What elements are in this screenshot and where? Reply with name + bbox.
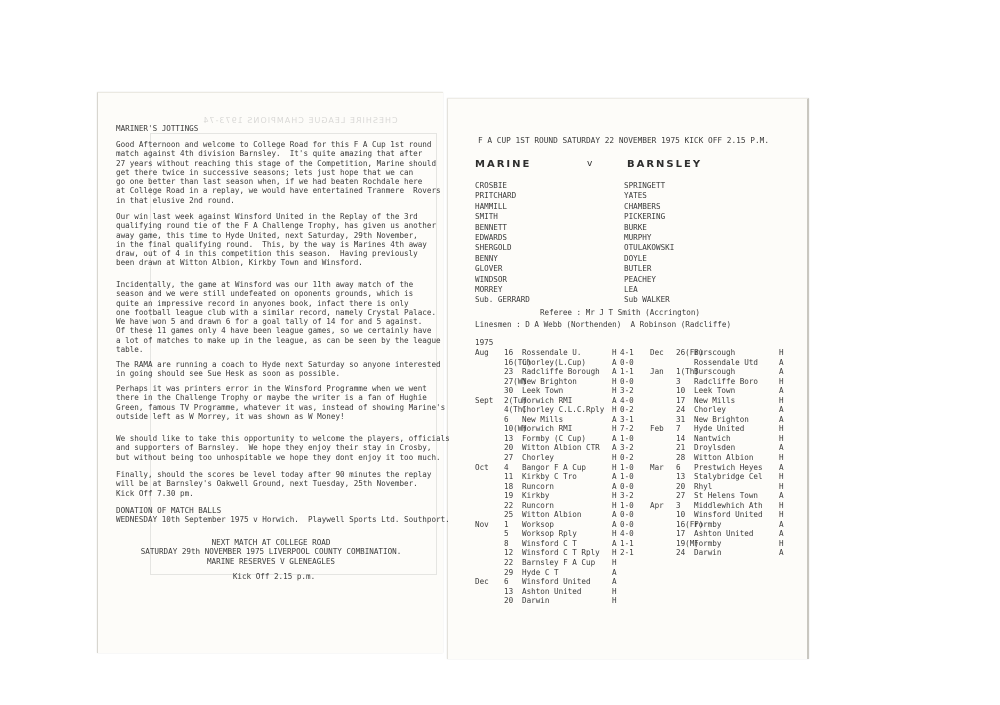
fixture-day: 22	[504, 558, 513, 568]
fixture-opponent: Nantwich	[694, 434, 731, 444]
fixture-opponent: Rossendale U.	[522, 348, 581, 358]
player-name: CROSBIE	[475, 181, 530, 191]
fixture-day: 6	[504, 577, 509, 587]
fixture-opponent: Winsford United	[694, 510, 763, 520]
player-name: GLOVER	[475, 264, 530, 274]
fixture-venue: H	[779, 510, 784, 520]
player-name: Sub. GERRARD	[475, 295, 530, 305]
fixture-month: Feb	[650, 424, 664, 434]
fixture-venue: A	[612, 577, 617, 587]
fixture-opponent: New Mills	[522, 415, 563, 425]
fixture-opponent: New Brighton	[694, 415, 749, 425]
player-name: BENNETT	[475, 223, 530, 233]
fixture-opponent: Formby	[694, 539, 721, 549]
fixture-venue: H	[612, 386, 617, 396]
fixture-venue: H	[779, 482, 784, 492]
player-name: MORREY	[475, 285, 530, 295]
fixture-opponent: Runcorn	[522, 501, 554, 511]
fixture-day: 13	[504, 587, 513, 597]
fixture-venue: A	[612, 443, 617, 453]
fixture-venue: A	[779, 386, 784, 396]
fixture-day: 3	[676, 501, 681, 511]
player-name: DOYLE	[624, 254, 674, 264]
fixture-score: 3-2	[620, 491, 634, 501]
fixture-opponent: Droylsden	[694, 443, 735, 453]
fixture-venue: H	[779, 501, 784, 511]
fixture-opponent: Formby (C Cup)	[522, 434, 586, 444]
fixture-opponent: Leek Town	[694, 386, 735, 396]
fixture-venue: H	[779, 396, 784, 406]
player-name: YATES	[624, 191, 674, 201]
fixture-venue: H	[612, 501, 617, 511]
paragraph-replay: Finally, should the scores be level toda…	[116, 470, 446, 498]
fixture-day: 17	[676, 529, 685, 539]
fixture-opponent: Hyde C T	[522, 568, 559, 578]
fixture-opponent: Barnsley F A Cup	[522, 558, 595, 568]
fixture-day: 20	[504, 596, 513, 606]
fixture-score: 0-0	[620, 482, 634, 492]
fixture-score: 0-0	[620, 510, 634, 520]
fixture-opponent: Winsford C T Rply	[522, 548, 600, 558]
fixture-opponent: Rhyl	[694, 482, 712, 492]
fixture-venue: H	[779, 539, 784, 549]
fixture-day: 20	[676, 482, 685, 492]
fixture-venue: H	[612, 548, 617, 558]
fixture-day: 1	[504, 520, 509, 530]
fixture-venue: A	[779, 405, 784, 415]
fixture-score: 2-1	[620, 548, 634, 558]
home-lineup: CROSBIEPRITCHARDHAMMILLSMITHBENNETTEDWAR…	[475, 181, 530, 306]
player-name: HAMMILL	[475, 202, 530, 212]
fixture-venue: H	[612, 348, 617, 358]
fixture-month: Dec	[475, 577, 489, 587]
fixture-opponent: Stalybridge Cel	[694, 472, 763, 482]
fixture-day: 27	[676, 491, 685, 501]
fixture-opponent: Horwich RMI	[522, 396, 572, 406]
fixture-month: Apr	[650, 501, 664, 511]
fixture-venue: A	[612, 510, 617, 520]
away-team-name: BARNSLEY	[627, 159, 702, 170]
cup-match-heading: F A CUP 1ST ROUND SATURDAY 22 NOVEMBER 1…	[478, 136, 769, 145]
fixture-score: 7-2	[620, 424, 634, 434]
fixture-opponent: Leek Town	[522, 386, 563, 396]
fixture-score: 1-0	[620, 463, 634, 473]
fixture-day: 3	[676, 377, 681, 387]
fixture-venue: H	[612, 558, 617, 568]
fixture-day: 24	[676, 548, 685, 558]
fixture-day: 25	[504, 510, 513, 520]
fixture-opponent: Worksop Rply	[522, 529, 577, 539]
fixture-day: 10	[676, 510, 685, 520]
player-name: Sub WALKER	[624, 295, 674, 305]
fixture-day: 29	[504, 568, 513, 578]
versus-label: v	[587, 159, 592, 169]
paragraph-printers-error: Perhaps it was printers error in the Win…	[116, 384, 446, 421]
fixture-day: 6	[676, 463, 681, 473]
fixture-venue: A	[779, 415, 784, 425]
fixture-score: 1-1	[620, 367, 634, 377]
fixture-venue: H	[779, 424, 784, 434]
fixture-score: 0-0	[620, 520, 634, 530]
player-name: LEA	[624, 285, 674, 295]
player-name: BENNY	[475, 254, 530, 264]
fixture-score: 1-0	[620, 472, 634, 482]
fixture-opponent: Ashton United	[522, 587, 581, 597]
fixture-venue: A	[779, 358, 784, 368]
fixture-day: 21	[676, 443, 685, 453]
fixture-opponent: Bangor F A Cup	[522, 463, 586, 473]
fixture-opponent: Hyde United	[694, 424, 744, 434]
fixture-opponent: New Brighton	[522, 377, 577, 387]
fixture-day: 27	[504, 453, 513, 463]
fixture-day: 12	[504, 548, 513, 558]
fixture-score: 4-0	[620, 529, 634, 539]
fixture-venue: A	[612, 415, 617, 425]
player-name: EDWARDS	[475, 233, 530, 243]
fixture-day: 19	[504, 491, 513, 501]
fixture-venue: A	[612, 396, 617, 406]
fixture-score: 0-0	[620, 377, 634, 387]
fixture-score: 3-1	[620, 415, 634, 425]
fixture-opponent: Kirkby C Tro	[522, 472, 577, 482]
fixture-score: 4-1	[620, 348, 634, 358]
fixture-month: Nov	[475, 520, 489, 530]
fixture-day: 16	[504, 348, 513, 358]
fixture-opponent: Winsford United	[522, 577, 591, 587]
home-team-name: MARINE	[475, 159, 531, 170]
fixture-month: Aug	[475, 348, 489, 358]
fixture-month: Sept	[475, 396, 493, 406]
fixture-venue: H	[612, 491, 617, 501]
fixture-venue: A	[612, 367, 617, 377]
fixture-score: 1-0	[620, 434, 634, 444]
fixture-venue: H	[612, 587, 617, 597]
fixture-venue: H	[612, 377, 617, 387]
fixture-venue: H	[612, 596, 617, 606]
fixture-month: Mar	[650, 463, 664, 473]
fixture-month: Dec	[650, 348, 664, 358]
player-name: SPRINGETT	[624, 181, 674, 191]
player-name: CHAMBERS	[624, 202, 674, 212]
fixture-score: 1-1	[620, 539, 634, 549]
fixture-day: 4	[504, 463, 509, 473]
fixture-day: 22	[504, 501, 513, 511]
paragraph-away-record: Incidentally, the game at Winsford was o…	[116, 280, 446, 354]
fixture-venue: A	[612, 358, 617, 368]
fixture-opponent: Darwin	[522, 596, 549, 606]
linesmen-line: Linesmen : D A Webb (Northenden) A Robin…	[475, 320, 731, 329]
paragraph-welcome-barnsley: We should like to take this opportunity …	[116, 434, 446, 462]
fixture-opponent: Darwin	[694, 548, 721, 558]
player-name: BURKE	[624, 223, 674, 233]
fixture-opponent: Rossendale Utd	[694, 358, 758, 368]
player-name: PRITCHARD	[475, 191, 530, 201]
player-name: PEACHEY	[624, 275, 674, 285]
fixture-day: 5	[504, 529, 509, 539]
paragraph-coach: The RAMA are running a coach to Hyde nex…	[116, 360, 446, 379]
fixture-day: 7	[676, 424, 681, 434]
away-lineup: SPRINGETTYATESCHAMBERSPICKERINGBURKEMURP…	[624, 181, 674, 306]
fixture-venue: H	[612, 529, 617, 539]
fixture-venue: H	[612, 424, 617, 434]
fixture-venue: A	[612, 520, 617, 530]
fixture-opponent: Witton Albion	[694, 453, 753, 463]
fixture-venue: A	[612, 434, 617, 444]
fixture-venue: H	[779, 453, 784, 463]
fixture-venue: H	[612, 463, 617, 473]
fixture-score: 0-2	[620, 405, 634, 415]
fixture-opponent: Ashton United	[694, 529, 753, 539]
player-name: BUTLER	[624, 264, 674, 274]
fixture-day: 13	[676, 472, 685, 482]
player-name: WINDSOR	[475, 275, 530, 285]
fixture-day: 31	[676, 415, 685, 425]
fixture-opponent: Witton Albion	[522, 510, 581, 520]
fixture-venue: A	[612, 472, 617, 482]
fixture-venue: H	[612, 405, 617, 415]
fixture-venue: A	[612, 482, 617, 492]
fixture-day: 20	[504, 443, 513, 453]
fixture-venue: A	[779, 367, 784, 377]
referee-line: Referee : Mr J T Smith (Accrington)	[475, 308, 765, 317]
fixture-day: 23	[504, 367, 513, 377]
fixture-day: 28	[676, 453, 685, 463]
fixture-day: 10	[676, 386, 685, 396]
fixture-score: 0-0	[620, 358, 634, 368]
fixture-venue: A	[612, 539, 617, 549]
paragraph-trophy: Our win last week against Winsford Unite…	[116, 212, 446, 268]
fixture-opponent: Formby	[694, 520, 721, 530]
player-name: OTULAKOWSKI	[624, 243, 674, 253]
player-name: MURPHY	[624, 233, 674, 243]
fixture-month: Jan	[650, 367, 664, 377]
fixture-opponent: Kirkby	[522, 491, 549, 501]
fixture-venue: H	[779, 472, 784, 482]
fixture-opponent: Chorley	[694, 405, 726, 415]
fixture-venue: A	[779, 443, 784, 453]
fixture-opponent: Radcliffe Boro	[694, 377, 758, 387]
fixture-day: 13	[504, 434, 513, 444]
fixture-day: 17	[676, 396, 685, 406]
next-match-kickoff: Kick Off 2.15 p.m.	[116, 572, 432, 581]
fixture-day: 6	[504, 415, 509, 425]
fixture-opponent: Winsford C T	[522, 539, 577, 549]
bleed-through-heading: CHESHIRE LEAGUE CHAMPIONS 1973-74	[170, 116, 430, 125]
fixture-score: 1-0	[620, 501, 634, 511]
fixture-venue: A	[779, 463, 784, 473]
fixture-score: 3-2	[620, 443, 634, 453]
fixture-opponent: Chorley C.L.C.Rply	[522, 405, 604, 415]
fixture-venue: H	[779, 348, 784, 358]
player-name: SHERGOLD	[475, 243, 530, 253]
fixture-day: 24	[676, 405, 685, 415]
fixture-score: 0-2	[620, 453, 634, 463]
fixture-opponent: Chorley	[522, 453, 554, 463]
fixture-day: 18	[504, 482, 513, 492]
fixture-opponent: Horwich RMI	[522, 424, 572, 434]
fixture-opponent: Middlewhich Ath	[694, 501, 763, 511]
fixture-month: Oct	[475, 463, 489, 473]
fixture-day: 8	[504, 539, 509, 549]
paragraph-welcome: Good Afternoon and welcome to College Ro…	[116, 140, 446, 205]
fixture-venue: H	[779, 434, 784, 444]
fixture-score: 3-2	[620, 386, 634, 396]
fixture-opponent: Worksop	[522, 520, 554, 530]
fixture-opponent: Radcliffe Borough	[522, 367, 600, 377]
next-match-notice: NEXT MATCH AT COLLEGE ROAD SATURDAY 29th…	[116, 538, 426, 566]
fixture-opponent: Burscough	[694, 348, 735, 358]
fixture-opponent: New Mills	[694, 396, 735, 406]
paragraph-match-balls: DONATION OF MATCH BALLS WEDNESDAY 10th S…	[116, 506, 446, 525]
fixture-opponent: Runcorn	[522, 482, 554, 492]
player-name: PICKERING	[624, 212, 674, 222]
fixture-venue: A	[612, 568, 617, 578]
fixture-day: 11	[504, 472, 513, 482]
fixture-opponent: Prestwich Heyes	[694, 463, 763, 473]
fixture-venue: H	[779, 377, 784, 387]
player-name: SMITH	[475, 212, 530, 222]
fixture-venue: A	[779, 491, 784, 501]
fixture-opponent: Chorley(L.Cup)	[522, 358, 586, 368]
fixture-venue: A	[779, 529, 784, 539]
fixtures-year: 1975	[475, 338, 493, 347]
fixture-venue: A	[779, 520, 784, 530]
fixture-day: 30	[504, 386, 513, 396]
fixture-venue: H	[612, 453, 617, 463]
fixture-day: 14	[676, 434, 685, 444]
fixture-opponent: St Helens Town	[694, 491, 758, 501]
fixture-opponent: Witton Albion CTR	[522, 443, 600, 453]
fixture-score: 4-0	[620, 396, 634, 406]
jottings-title: MARINER'S JOTTINGS	[116, 124, 198, 133]
fixture-venue: A	[779, 548, 784, 558]
fixture-opponent: Burscough	[694, 367, 735, 377]
